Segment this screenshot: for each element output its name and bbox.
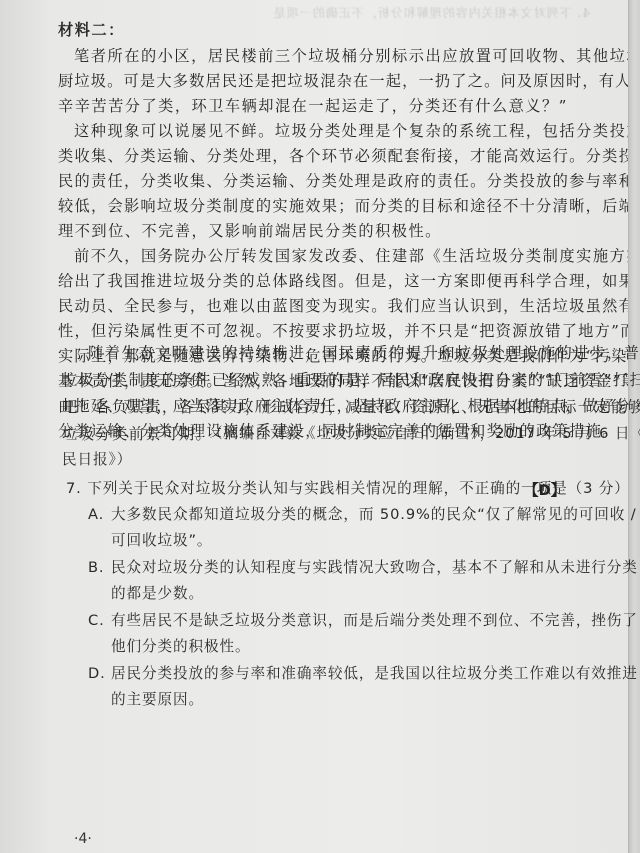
page-number: ·4·: [74, 831, 92, 847]
paragraph-line: 性，但污染属性更不可忽视。不按要求扔垃圾，并不只是“把资源放错了地方”而已，: [58, 321, 640, 341]
option-text: 可回收垃圾”。: [111, 531, 212, 551]
material-heading: 材料二：: [58, 20, 125, 40]
bleed-through-text: 4. 下列对文本相关内容的理解和分析，不正确的一项是: [250, 4, 590, 18]
option-text: 的主要原因。: [111, 690, 204, 710]
paragraph-line: 垃圾分类前景可期。: [62, 424, 212, 444]
option-text: 民众对垃圾分类的认知程度与实践情况大致吻合，基本不了解和从未进行分类: [111, 558, 638, 578]
option-label: C.: [88, 611, 105, 631]
paragraph-line: 这种现象可以说屡见不鲜。垃圾分类处理是个复杂的系统工程，包括分类投放、分: [74, 121, 640, 141]
paragraph-line: 吧！各负其责，各尽其力，形成合力，减量化、资源化、无害化的目标一定能够实现，: [62, 397, 640, 417]
option-label: D.: [88, 664, 106, 684]
paragraph-line: 厨垃圾。可是大多数居民还是把垃圾混杂在一起，一扔了之。问及原因时，有人说：“我: [58, 71, 640, 91]
paragraph-line: 辛辛苦苦分了类，环卫车辆却混在一起运走了，分类还有什么意义？”: [58, 96, 568, 116]
option-label: B.: [88, 558, 104, 578]
paragraph-line: 民的责任，分类收集、分类运输、分类处理是政府的责任。分类投放的参与率和准确率: [58, 171, 640, 191]
paragraph-line: 前不久，国务院办公厅转发国家发改委、住建部《生活垃圾分类制度实施方案》，: [74, 246, 640, 266]
paragraph-line: 给出了我国推进垃圾分类的总体路线图。但是，这一方案即便再科学合理，如果缺乏全: [58, 271, 640, 291]
source-citation-cont: 民日报》）: [62, 450, 132, 470]
paragraph-line: 笔者所在的小区，居民楼前三个垃圾桶分别标示出应放置可回收物、其他垃圾和餐: [74, 46, 640, 66]
option-text: 有些居民不是缺乏垃圾分类意识，而是后端分类处理不到位、不完善，挫伤了: [111, 611, 638, 631]
option-text: 他们分类的积极性。: [111, 637, 250, 657]
paragraph-line: 随着生态文明建设的持续推进、国民素质的提升和垃圾处理设施的进步，普遍推行: [88, 343, 640, 363]
option-text: 居民分类投放的参与率和准确率较低，是我国以往垃圾分类工作难以有效推进: [111, 664, 638, 684]
paragraph-line: 类收集、分类运输、分类处理，各个环节必须配套衔接，才能高效运行。分类投放是居: [58, 146, 640, 166]
paragraph-line: 理不到位、不完善，又影响前端居民分类的积极性。: [58, 221, 442, 241]
option-text: 的都是少数。: [111, 584, 204, 604]
source-citation: （摘编自刘毅《垃圾分类应自扫门前雪》，2017 年 5 月 6 日《人: [208, 424, 640, 444]
paragraph-line: 民动员、全民参与，也难以由蓝图变为现实。我们应当认识到，生活垃圾虽然有资源属: [58, 296, 640, 316]
paragraph-line: 较低，会影响垃圾分类制度的实施效果；而分类的目标和途径不十分清晰，后端分类处: [58, 196, 640, 216]
paragraph-line: 垃圾分类制度的条件已经成熟。重要的是，居民和政府快把自家的“门前雪”打扫干净: [62, 370, 640, 390]
answer-key: 【D】: [524, 479, 565, 500]
option-text: 大多数民众都知道垃圾分类的概念，而 50.9%的民众“仅了解常见的可回收 / 不: [111, 505, 640, 525]
option-label: A.: [88, 505, 104, 525]
